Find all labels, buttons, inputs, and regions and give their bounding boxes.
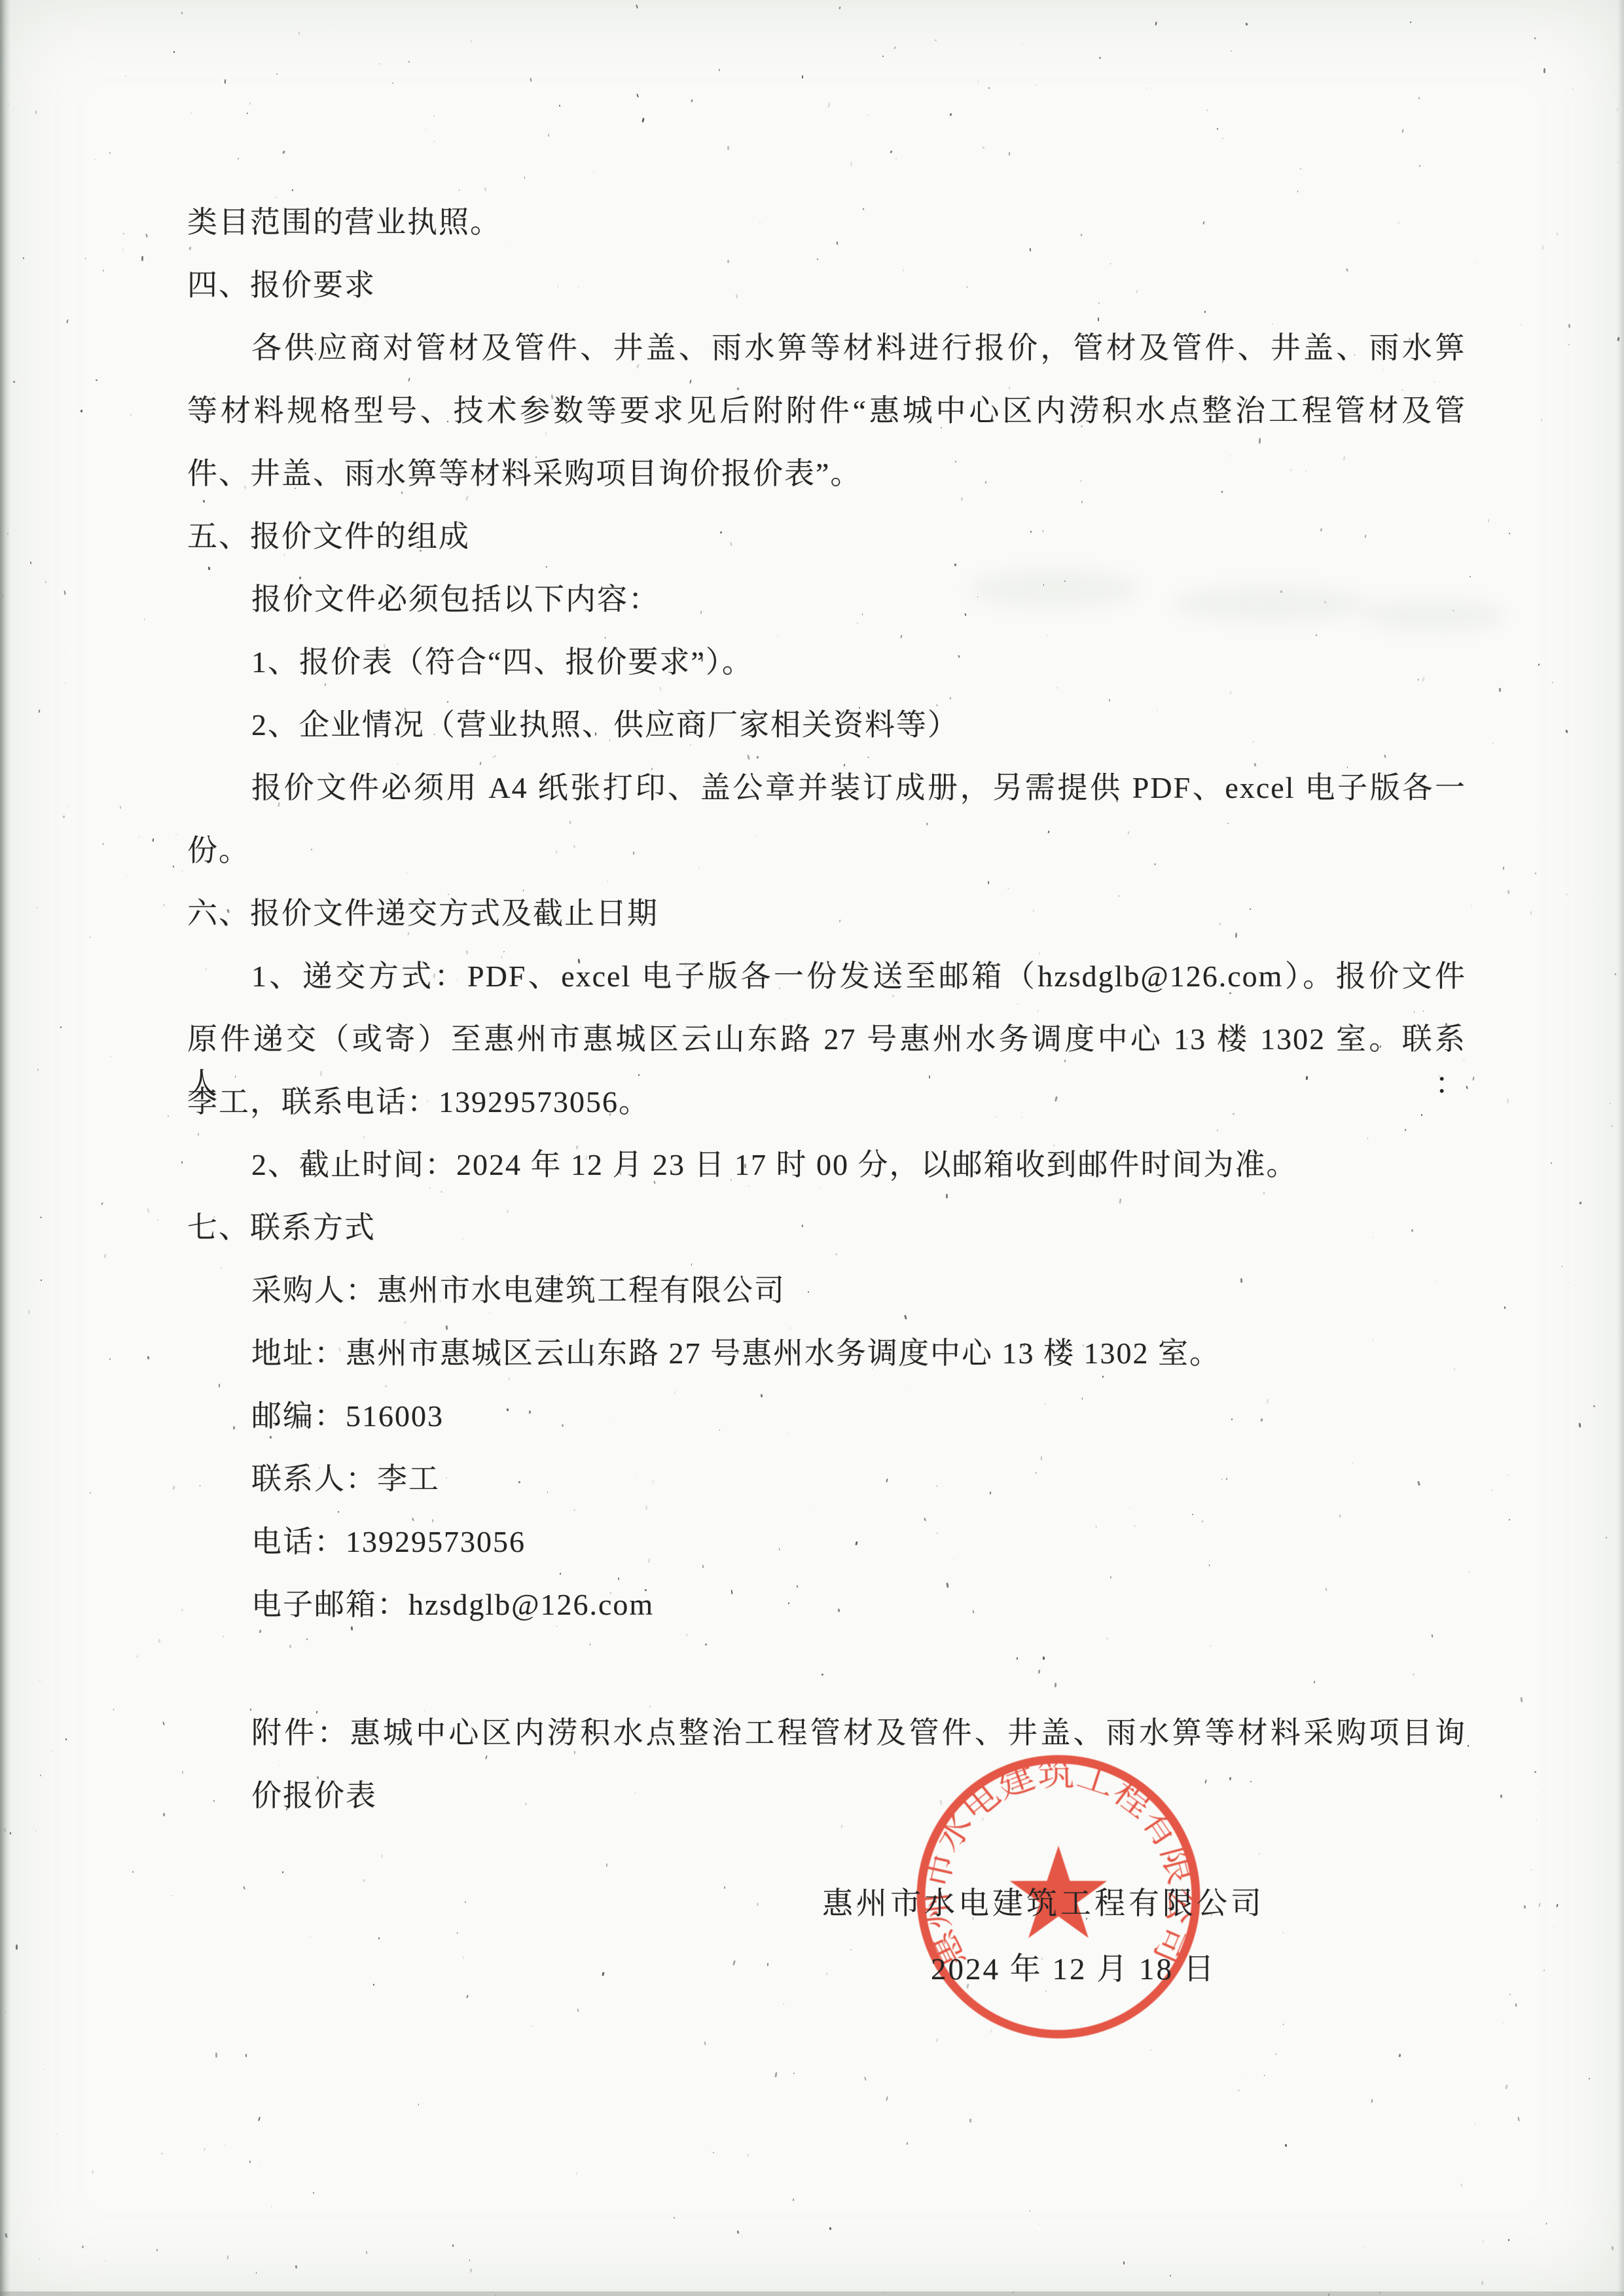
scan-bottom-edge (0, 2291, 1624, 2296)
document-line: 等材料规格型号、技术参数等要求见后附附件“惠城中心区内涝积水点整治工程管材及管 (187, 389, 1466, 433)
contact-postcode: 邮编：516003 (251, 1394, 444, 1439)
section-heading: 六、报价文件递交方式及截止日期 (187, 891, 659, 936)
document-line: 李工，联系电话：13929573056。 (187, 1080, 650, 1124)
scan-smudge (1362, 599, 1506, 632)
attachment-note-line: 附件：惠城中心区内涝积水点整治工程管材及管件、井盖、雨水箅等材料采购项目询 (251, 1711, 1466, 1755)
signature-company: 惠州市水电建筑工程有限公司 (822, 1882, 1265, 1926)
section-heading: 四、报价要求 (187, 263, 376, 308)
document-line: 各供应商对管材及管件、井盖、雨水箅等材料进行报价，管材及管件、井盖、雨水箅 (251, 326, 1466, 370)
attachment-note-line: 价报价表 (251, 1774, 377, 1818)
contact-person: 联系人：李工 (251, 1457, 440, 1501)
scan-left-edge (0, 0, 10, 2296)
list-item: 2、截止时间：2024 年 12 月 23 日 17 时 00 分，以邮箱收到邮… (251, 1143, 1298, 1187)
contact-email: 电子邮箱：hzsdglb@126.com (251, 1583, 654, 1627)
list-item: 1、报价表（符合“四、报价要求”）。 (251, 640, 753, 685)
scan-smudge (969, 569, 1139, 609)
document-line: 报价文件必须包括以下内容： (251, 577, 660, 622)
section-heading: 七、联系方式 (187, 1206, 376, 1250)
contact-phone: 电话：13929573056 (251, 1520, 526, 1564)
document-line: 报价文件必须用 A4 纸张打印、盖公章并装订成册，另需提供 PDF、excel … (251, 766, 1466, 810)
contact-address: 地址：惠州市惠城区云山东路 27 号惠州水务调度中心 13 楼 1302 室。 (251, 1331, 1221, 1376)
section-heading: 五、报价文件的组成 (187, 514, 470, 559)
list-item: 1、递交方式：PDF、excel 电子版各一份发送至邮箱（hzsdglb@126… (251, 954, 1466, 999)
document-line: 类目范围的营业执照。 (187, 200, 501, 245)
contact-purchaser: 采购人：惠州市水电建筑工程有限公司 (251, 1268, 785, 1313)
scan-smudge (1172, 586, 1368, 622)
document-line: 件、井盖、雨水箅等材料采购项目询价报价表”。 (187, 452, 861, 496)
scan-right-edge (1617, 0, 1624, 2296)
document-line: 份。 (187, 829, 250, 873)
list-item: 2、企业情况（营业执照、供应商厂家相关资料等） (251, 703, 959, 747)
signature-date: 2024 年 12 月 18 日 (931, 1947, 1216, 1992)
scanned-document-page: 类目范围的营业执照。 四、报价要求 各供应商对管材及管件、井盖、雨水箅等材料进行… (0, 0, 1624, 2296)
